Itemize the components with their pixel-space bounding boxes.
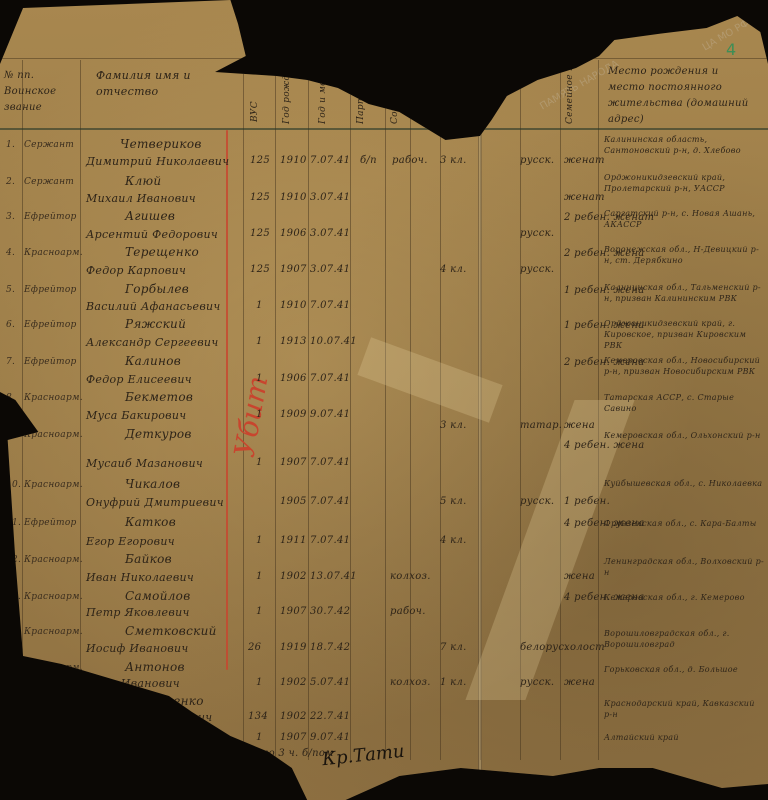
star-icon: ☆ (400, 55, 414, 74)
watermark-cmo: ЦА МО РФ (286, 0, 337, 35)
signature: Кр.Тати (321, 741, 405, 771)
watermark-cmo: ЦА МО РФ (561, 10, 612, 46)
red-annotation-killed: Убит (228, 373, 275, 459)
header-social: Соц. положение (390, 84, 400, 124)
watermark-pamyat: ПАМЯТЬ НАРОДА (13, 708, 96, 762)
header-num-rank: № пп. Воинское звание (4, 68, 79, 116)
header-family: Семейное положение (565, 74, 575, 124)
page-number-marker: 4 (726, 40, 736, 59)
star-icon: ☆ (530, 55, 544, 74)
watermark-pamyat: ПАМЯТЬ НАРОДА (413, 58, 496, 112)
header-birth-year: Год рождения (282, 64, 292, 124)
header-call-date: Год и месяц призыва (318, 64, 328, 124)
header-address: Место рождения и место постоянного жител… (608, 64, 758, 128)
watermark-cmo: ЦА МО РФ (451, 10, 502, 46)
header-party: Партийность (356, 74, 366, 124)
header-vus: ВУС (250, 101, 260, 122)
year-note: 42 г. (110, 770, 136, 781)
document-page: ЦА МО РФ ЦА МО РФ ЦА МО РФ ЦА МО РФ ☆ ПА… (0, 0, 768, 800)
red-margin-line (226, 130, 228, 670)
header-name: Фамилия имя и отчество (96, 68, 236, 100)
